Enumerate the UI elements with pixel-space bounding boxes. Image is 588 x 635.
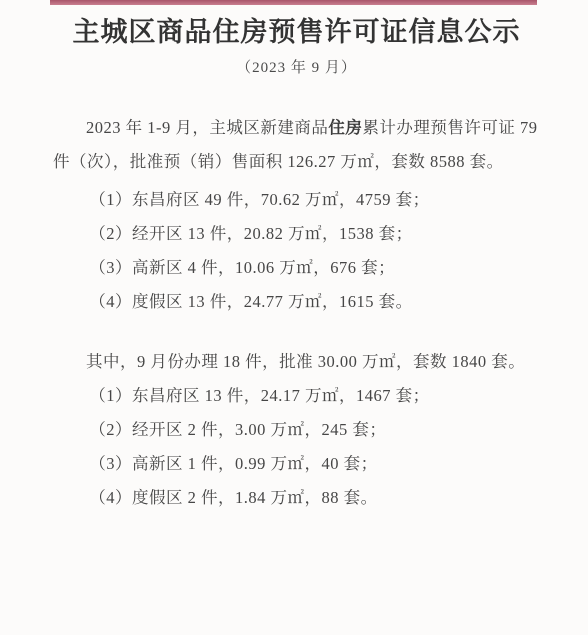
scanned-notice-page: { "accent_color": "#b85d72", "document":… [0,0,588,635]
notice-content: 2023 年 1-9 月，主城区新建商品住房累计办理预售许可证 79 件（次），… [53,111,540,515]
list-item: （3）高新区 1 件，0.99 万㎡，40 套； [53,447,540,481]
september-section: 其中，9 月份办理 18 件，批准 30.00 万㎡，套数 1840 套。 （1… [53,345,540,515]
september-district-list: （1）东昌府区 13 件，24.17 万㎡，1467 套； （2）经开区 2 件… [53,379,540,515]
list-item: （4）度假区 2 件，1.84 万㎡，88 套。 [53,481,540,515]
list-item: （1）东昌府区 49 件，70.62 万㎡，4759 套； [53,183,540,217]
list-item: （2）经开区 2 件，3.00 万㎡，245 套； [53,413,540,447]
top-accent-band [50,0,537,5]
page-title: 主城区商品住房预售许可证信息公示 [53,14,540,50]
cumulative-intro-text-before: 2023 年 1-9 月，主城区新建商品 [86,118,328,137]
list-item: （4）度假区 13 件，24.77 万㎡，1615 套。 [53,285,540,319]
cumulative-district-list: （1）东昌府区 49 件，70.62 万㎡，4759 套； （2）经开区 13 … [53,183,540,319]
list-item: （2）经开区 13 件，20.82 万㎡，1538 套； [53,217,540,251]
cumulative-intro-paragraph: 2023 年 1-9 月，主城区新建商品住房累计办理预售许可证 79 件（次），… [53,111,540,179]
page-subtitle: （2023 年 9 月） [53,56,540,77]
document-body: 主城区商品住房预售许可证信息公示 （2023 年 9 月） 2023 年 1-9… [53,14,540,515]
cumulative-intro-bold-term: 住房 [328,118,362,137]
list-item: （1）东昌府区 13 件，24.17 万㎡，1467 套； [53,379,540,413]
list-item: （3）高新区 4 件，10.06 万㎡，676 套； [53,251,540,285]
september-intro-paragraph: 其中，9 月份办理 18 件，批准 30.00 万㎡，套数 1840 套。 [53,345,540,379]
